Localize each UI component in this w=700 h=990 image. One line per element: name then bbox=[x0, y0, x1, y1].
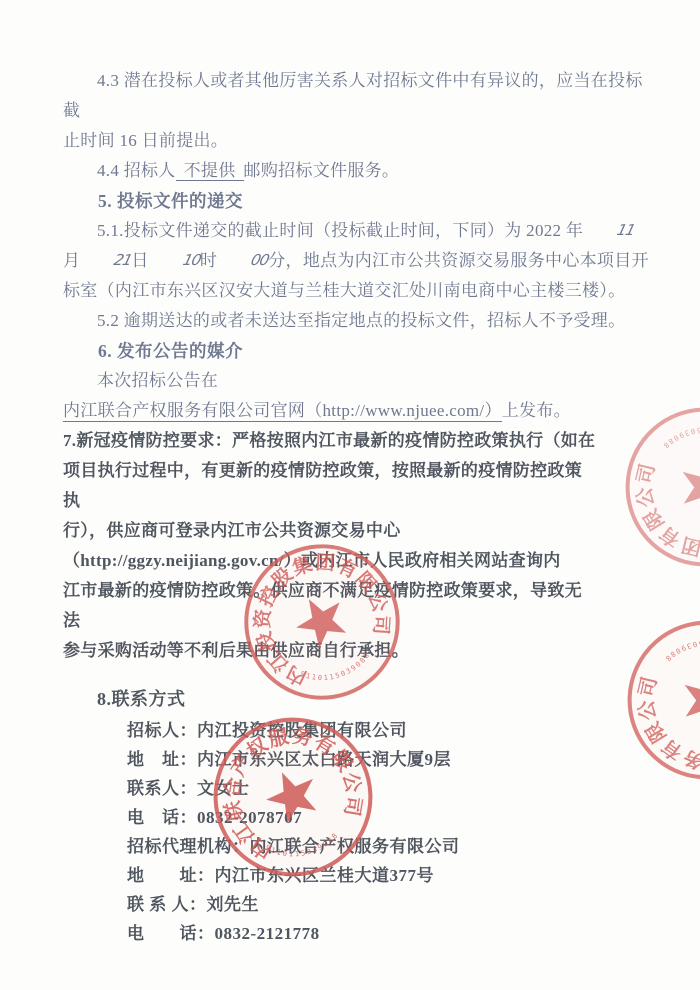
handwritten-hour-value: 10 bbox=[145, 245, 204, 275]
clause-5-2: 5.2 逾期送达的或者未送达至指定地点的投标文件，招标人不予受理。 bbox=[63, 306, 650, 336]
contact-tenderer-phone: 电 话：0832-2078707 bbox=[127, 803, 650, 832]
contact-agency-person: 联 系 人：刘先生 bbox=[127, 890, 650, 919]
contact-agency-name: 招标代理机构：内江联合产权服务有限公司 bbox=[127, 832, 650, 861]
clause-6-prefix: 本次招标公告在 bbox=[97, 371, 218, 390]
contact-tenderer-name: 招标人：内江投资控股集团有限公司 bbox=[127, 716, 650, 745]
document-page: 4.3 潜在投标人或者其他厉害关系人对招标文件中有异议的，应当在投标截 止时间 … bbox=[0, 0, 700, 990]
heading-section-6: 6. 发布公告的媒介 bbox=[98, 336, 650, 366]
handwritten-minute-value: 00 bbox=[214, 245, 273, 275]
heading-section-5: 5. 投标文件的递交 bbox=[98, 186, 650, 216]
heading-section-8-contacts: 8.联系方式 bbox=[97, 684, 650, 714]
handwritten-month-value: 11 bbox=[580, 215, 639, 245]
contact-agency-address: 地 址：内江市东兴区兰桂大道377号 bbox=[127, 861, 650, 890]
contact-agency-phone: 电 话：0832-2121778 bbox=[127, 919, 650, 948]
contact-tenderer-person: 联系人：文女士 bbox=[127, 774, 650, 803]
clause-4-4: 4.4 招标人不提供邮购招标文件服务。 bbox=[63, 156, 650, 186]
minute-char: 分 bbox=[268, 251, 285, 270]
not-provided-underlined-text: 不提供 bbox=[176, 161, 244, 181]
official-website-underlined-text: 内江联合产权服务有限公司官网（http://www.njuee.com/） bbox=[63, 401, 502, 422]
clause-4-4-prefix: 4.4 招标人 bbox=[97, 161, 176, 180]
clause-4-4-suffix: 邮购招标文件服务。 bbox=[244, 161, 400, 180]
contact-tenderer-address: 地 址：内江市东兴区太白路天润大厦9层 bbox=[127, 745, 650, 774]
clause-6-suffix: 上发布。 bbox=[502, 401, 571, 420]
day-char: 日 bbox=[131, 251, 148, 270]
clause-5-1-prefix: 5.1.投标文件递交的截止时间（投标截止时间，下同）为 2022 年 bbox=[97, 221, 583, 240]
handwritten-day-value: 21 bbox=[77, 245, 136, 275]
scanned-tender-document: { "doc": { "sec4_3_lines": [ "4.3 潜在投标人或… bbox=[0, 0, 700, 990]
clause-7-covid-policy: 7.新冠疫情防控要求：严格按照内江市最新的疫情防控政策执行（如在 项目执行过程中… bbox=[63, 426, 598, 546]
clause-4-3: 4.3 潜在投标人或者其他厉害关系人对招标文件中有异议的，应当在投标截 止时间 … bbox=[63, 66, 650, 156]
clause-6-body: 本次招标公告在内江联合产权服务有限公司官网（http://www.njuee.c… bbox=[63, 366, 650, 426]
clause-7-covid-policy-url: （http://ggzy.neijiang.gov.cn/）或内江市人民政府相关… bbox=[63, 546, 598, 666]
clause-5-1: 5.1.投标文件递交的截止时间（投标截止时间，下同）为 2022 年11月21日… bbox=[63, 216, 650, 306]
